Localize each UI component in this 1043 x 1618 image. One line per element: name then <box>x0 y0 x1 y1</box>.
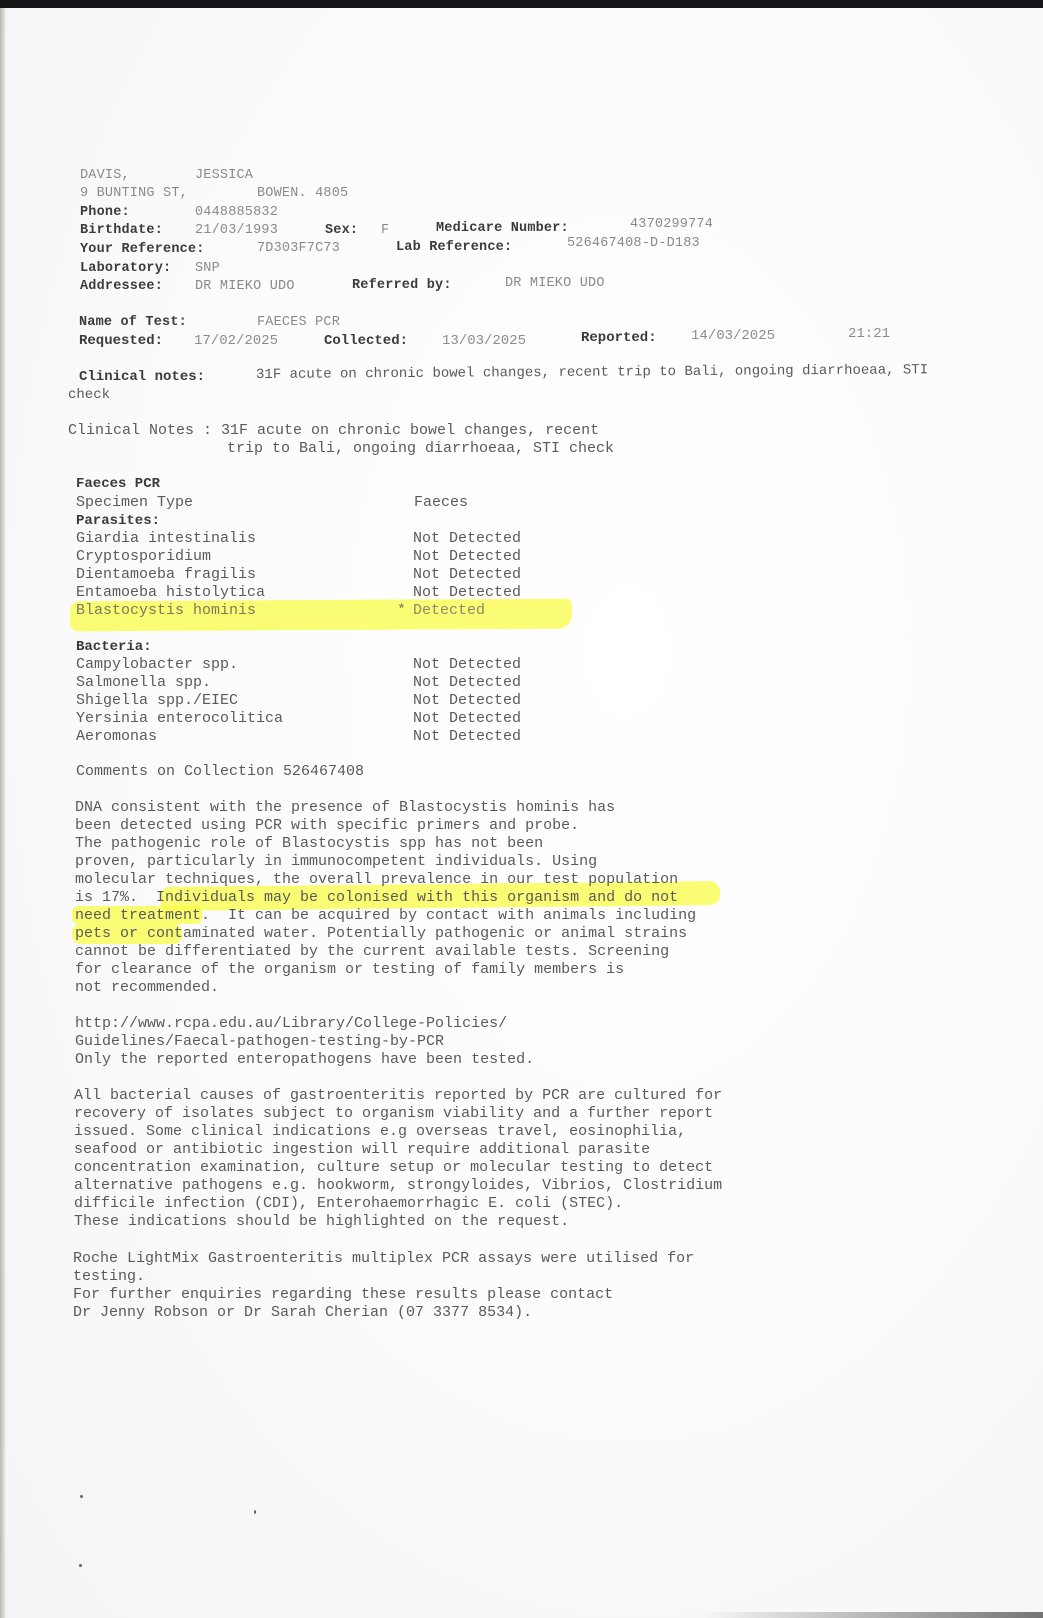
bacterial-line: issued. Some clinical indications e.g ov… <box>74 1123 686 1141</box>
section-title-faeces-pcr: Faeces PCR <box>76 475 160 493</box>
contact-line: For further enquiries regarding these re… <box>73 1286 613 1304</box>
comment-line: DNA consistent with the presence of Blas… <box>75 799 615 817</box>
medicare-label: Medicare Number: <box>436 220 569 238</box>
phone-value: 0448885832 <box>195 204 278 222</box>
bacteria-result: Not Detected <box>413 728 521 746</box>
comment-line: been detected using PCR with specific pr… <box>75 817 579 835</box>
comment-line: proven, particularly in immunocompetent … <box>75 853 597 871</box>
patient-given-name: JESSICA <box>195 167 253 185</box>
parasite-result: Detected <box>413 602 485 620</box>
abnormal-flag: * <box>397 602 406 620</box>
specimen-type-value: Faeces <box>414 494 468 512</box>
bacteria-result: Not Detected <box>413 674 521 692</box>
comment-line: pets or contaminated water. Potentially … <box>75 925 687 943</box>
paper-speck <box>80 1495 83 1498</box>
paper-speck <box>79 1564 82 1567</box>
lab-reference-label: Lab Reference: <box>396 239 512 257</box>
bacteria-name: Shigella spp./EIEC <box>76 692 238 710</box>
sex-value: F <box>381 222 389 240</box>
comment-line: not recommended. <box>75 979 219 997</box>
addressee-value: DR MIEKO UDO <box>195 278 295 296</box>
link-line[interactable]: http://www.rcpa.edu.au/Library/College-P… <box>75 1015 507 1033</box>
parasite-name: Giardia intestinalis <box>76 530 256 548</box>
comment-line: is 17%. Individuals may be colonised wit… <box>75 889 678 907</box>
comment-line: need treatment. It can be acquired by co… <box>75 907 696 925</box>
lab-reference-value: 526467408-D-D183 <box>567 235 700 253</box>
bacterial-line: alternative pathogens e.g. hookworm, str… <box>74 1177 722 1195</box>
bacteria-name: Aeromonas <box>76 728 157 746</box>
patient-street: 9 BUNTING ST, <box>80 185 188 203</box>
contact-line: Dr Jenny Robson or Dr Sarah Cherian (07 … <box>73 1304 532 1322</box>
report-clinical-notes-cont: trip to Bali, ongoing diarrhoeaa, STI ch… <box>227 440 614 458</box>
bacteria-heading: Bacteria: <box>76 638 152 656</box>
bottom-shadow <box>700 1612 1043 1618</box>
laboratory-label: Laboratory: <box>80 260 171 278</box>
bacteria-result: Not Detected <box>413 692 521 710</box>
bacterial-line: All bacterial causes of gastroenteritis … <box>74 1087 722 1105</box>
specimen-type-label: Specimen Type <box>76 494 193 512</box>
comment-line: cannot be differentiated by the current … <box>75 943 669 961</box>
reported-label: Reported: <box>581 329 657 347</box>
parasite-name: Dientamoeba fragilis <box>76 566 256 584</box>
parasite-result: Not Detected <box>413 566 521 584</box>
only-tested-note: Only the reported enteropathogens have b… <box>75 1051 534 1069</box>
report-clinical-notes: Clinical Notes : 31F acute on chronic bo… <box>68 422 599 440</box>
parasite-name: Cryptosporidium <box>76 548 211 566</box>
patient-surname: DAVIS, <box>80 167 130 185</box>
addressee-label: Addressee: <box>80 278 163 296</box>
clinical-notes-cont: check <box>68 386 110 404</box>
bacteria-name: Campylobacter spp. <box>76 656 238 674</box>
phone-label: Phone: <box>80 204 130 222</box>
comment-line: molecular techniques, the overall preval… <box>75 871 678 889</box>
collected-value: 13/03/2025 <box>442 332 526 350</box>
laboratory-value: SNP <box>195 260 220 278</box>
parasite-result: Not Detected <box>413 548 521 566</box>
bacterial-line: seafood or antibiotic ingestion will req… <box>74 1141 650 1159</box>
medicare-value: 4370299774 <box>630 216 713 234</box>
birthdate-value: 21/03/1993 <box>195 222 278 240</box>
bacterial-line: These indications should be highlighted … <box>74 1213 569 1231</box>
roche-line: Roche LightMix Gastroenteritis multiplex… <box>73 1250 694 1268</box>
referred-by-value: DR MIEKO UDO <box>505 275 605 293</box>
top-dark-border <box>0 0 1043 8</box>
comment-line: The pathogenic role of Blastocystis spp … <box>75 835 543 853</box>
requested-label: Requested: <box>79 332 163 350</box>
bacteria-result: Not Detected <box>413 710 521 728</box>
collected-label: Collected: <box>324 332 408 350</box>
paper-speck <box>254 1510 256 1514</box>
test-name-label: Name of Test: <box>79 314 187 332</box>
bacterial-line: difficile infection (CDI), Enterohaemorr… <box>74 1195 623 1213</box>
requested-value: 17/02/2025 <box>194 332 278 350</box>
comments-heading: Comments on Collection 526467408 <box>76 763 364 781</box>
test-name-value: FAECES PCR <box>257 314 340 332</box>
reported-date: 14/03/2025 <box>691 327 775 345</box>
patient-suburb: BOWEN. 4805 <box>257 185 348 203</box>
roche-line: testing. <box>73 1268 145 1286</box>
bacteria-name: Yersinia enterocolitica <box>76 710 283 728</box>
birthdate-label: Birthdate: <box>80 222 163 240</box>
bacterial-line: concentration examination, culture setup… <box>74 1159 713 1177</box>
parasite-result: Not Detected <box>413 530 521 548</box>
parasite-result: Not Detected <box>413 584 521 602</box>
referred-by-label: Referred by: <box>352 277 452 295</box>
your-reference-label: Your Reference: <box>80 241 205 259</box>
your-reference-value: 7D303F7C73 <box>257 240 340 258</box>
parasite-name: Blastocystis hominis <box>76 602 256 620</box>
bacteria-name: Salmonella spp. <box>76 674 211 692</box>
clinical-notes-label: Clinical notes: <box>79 368 205 386</box>
bacteria-result: Not Detected <box>413 656 521 674</box>
reported-time: 21:21 <box>848 325 890 343</box>
sex-label: Sex: <box>325 222 358 240</box>
parasites-heading: Parasites: <box>76 512 160 530</box>
parasite-name: Entamoeba histolytica <box>76 584 265 602</box>
comment-line: for clearance of the organism or testing… <box>75 961 624 979</box>
bacterial-line: recovery of isolates subject to organism… <box>74 1105 713 1123</box>
link-line[interactable]: Guidelines/Faecal-pathogen-testing-by-PC… <box>75 1033 444 1051</box>
